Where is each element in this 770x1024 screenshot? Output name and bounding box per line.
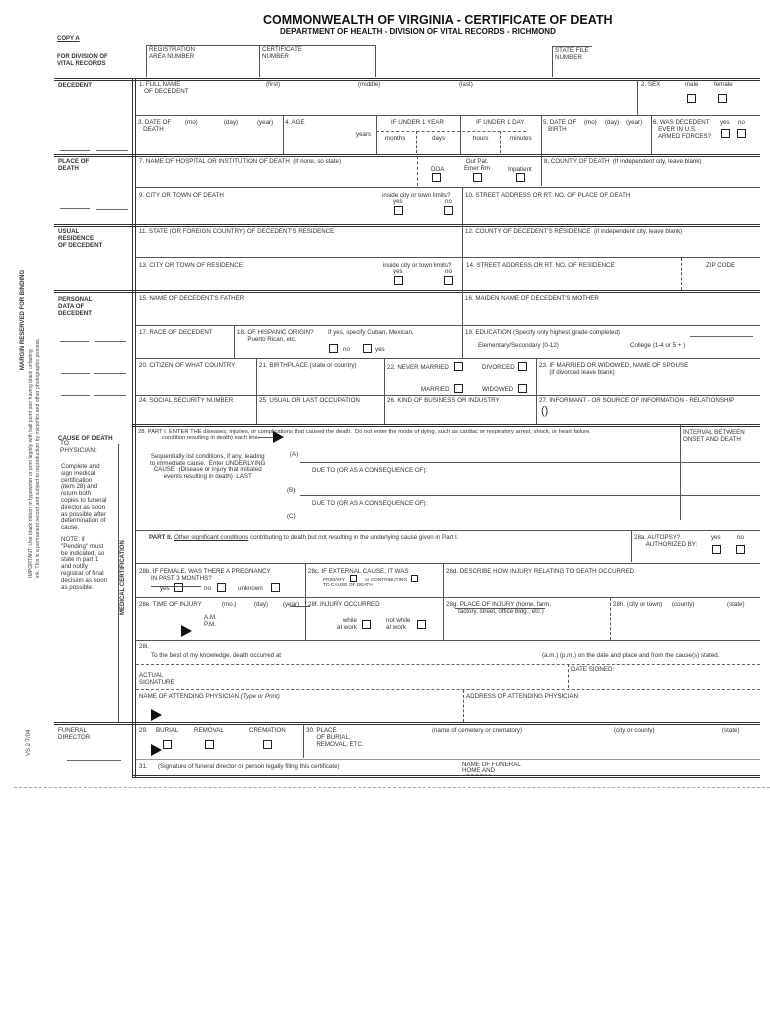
dob-year-hint: (year): [626, 119, 642, 126]
place-of-burial-input[interactable]: [370, 735, 760, 757]
mother-name-label: 16. MAIDEN NAME OF DECEDENT'S MOTHER: [465, 295, 599, 302]
education-label: 19. EDUCATION (Specify only highest grad…: [465, 329, 620, 336]
days-label: days: [432, 135, 445, 142]
physician-name-label: NAME OF ATTENDING PHYSICIAN: [139, 693, 239, 700]
residence-inside-yes-checkbox[interactable]: [394, 276, 403, 285]
armed-forces-label: 6. WAS DECEDENT EVER IN U.S. ARMED FORCE…: [653, 119, 711, 140]
contributing-checkbox[interactable]: [411, 575, 418, 582]
section-usual-residence: USUAL RESIDENCE OF DECEDENT: [58, 228, 102, 249]
due-to-b-label: DUE TO (OR AS A CONSEQUENCE OF):: [312, 500, 427, 507]
form-version: VS 2 7/04: [26, 730, 32, 756]
dob-day-hint: (day): [605, 119, 619, 126]
dod-month-hint: (mo): [185, 119, 198, 126]
armed-forces-yes-checkbox[interactable]: [721, 129, 730, 138]
first-name-hint: (first): [266, 81, 280, 88]
pregnancy-label: 28b. IF FEMALE, WAS THERE A PREGNANCY IN…: [139, 568, 271, 582]
residence-street-label: 14. STREET ADDRESS OR RT. NO. OF RESIDEN…: [466, 262, 615, 269]
age-label: 4. AGE: [285, 119, 305, 126]
hispanic-no-label: no: [343, 346, 350, 353]
funeral-signature-input[interactable]: [137, 762, 457, 774]
education-college-label: College (1-4 or 5 + ): [630, 342, 685, 349]
inpatient-label: Inpatient: [508, 166, 532, 173]
burial-checkbox[interactable]: [163, 740, 172, 749]
part2-rest: contributing to death but not resulting …: [248, 534, 458, 541]
dod-day-hint: (day): [224, 119, 238, 126]
hospital-label: 7. NAME OF HOSPITAL OR INSTITUTION OF DE…: [139, 158, 341, 165]
armed-forces-yes-label: yes: [720, 119, 730, 126]
while-at-work-checkbox[interactable]: [362, 620, 371, 629]
sex-male-label: male: [685, 81, 698, 88]
cause-c-input[interactable]: [300, 508, 678, 520]
date-signed-label: DATE SIGNED:: [571, 666, 614, 673]
copy-label: COPY A: [57, 36, 80, 43]
mother-name-input[interactable]: [464, 303, 760, 324]
business-label: 26. KIND OF BUSINESS OR INDUSTRY: [387, 397, 500, 404]
pregnancy-unknown-checkbox[interactable]: [271, 583, 280, 592]
injury-city-label: 28h. (city or town): [613, 601, 662, 608]
part1-instructions-line2: condition resulting in death) each line.: [162, 435, 259, 442]
for-division-label: FOR DIVISION OF VITAL RECORDS: [57, 54, 108, 68]
injury-description-input[interactable]: [445, 576, 760, 596]
due-to-a-label: DUE TO (OR AS A CONSEQUENCE OF):: [312, 467, 427, 474]
part2-underlined: Other significant conditions: [174, 534, 248, 541]
arrow-pointer-icon: [151, 744, 162, 756]
funeral-home-label: NAME OF FUNERAL HOME AND ADDRESS: [462, 762, 521, 776]
section-place-of-death: PLACE OF DEATH: [58, 158, 89, 172]
residence-county-label: 12. COUNTY OF DECEDENT'S RESIDENCE (if i…: [465, 228, 682, 235]
not-while-at-work-label: not while at work: [386, 617, 410, 631]
autopsy-no-label: no: [737, 534, 744, 541]
informant-input[interactable]: [555, 405, 760, 423]
medical-certification-label: MEDICAL CERTIFICATION: [120, 540, 126, 615]
residence-city-label: 13. CITY OR TOWN OF RESIDENCE: [139, 262, 243, 269]
out-patient-label: Out Pat. Emer Rm: [464, 158, 490, 172]
city-of-death-label: 9. CITY OR TOWN OF DEATH: [139, 192, 224, 199]
external-cause-label: 28c. IF EXTERNAL CAUSE, IT WAS: [308, 568, 409, 575]
form-subtitle: DEPARTMENT OF HEALTH - DIVISION OF VITAL…: [280, 27, 556, 36]
pregnancy-no-checkbox[interactable]: [217, 583, 226, 592]
date-signed-input[interactable]: [570, 674, 760, 688]
death-inside-no-label: no: [445, 198, 452, 205]
married-label: MARRIED: [421, 386, 450, 393]
margin-reserved-text: MARGIN RESERVED FOR BINDING: [20, 220, 26, 420]
divorced-checkbox[interactable]: [518, 362, 527, 371]
cemetery-hint: (name of cemetery or crematory): [432, 727, 522, 734]
occupation-input[interactable]: [258, 405, 383, 423]
occupation-label: 25. USUAL OR LAST OCCUPATION: [259, 397, 360, 404]
removal-label: REMOVAL: [194, 727, 224, 734]
ssn-input[interactable]: [137, 405, 255, 423]
race-label: 17. RACE OF DECEDENT: [139, 329, 213, 336]
pregnancy-unknown-label: unknown: [238, 585, 263, 592]
arrow-pointer-icon: [273, 431, 284, 443]
cremation-checkbox[interactable]: [263, 740, 272, 749]
hispanic-yes-label: yes: [375, 346, 385, 353]
divorced-label: DIVORCED: [482, 364, 515, 371]
sex-label: 2. SEX: [641, 81, 660, 88]
under-1-day-label: IF UNDER 1 DAY: [476, 119, 524, 126]
spouse-name-label: 23. IF MARRIED OR WIDOWED, NAME OF SPOUS…: [539, 362, 688, 376]
widowed-label: WIDOWED: [482, 386, 513, 393]
last-name-hint: (last): [459, 81, 473, 88]
hispanic-no-checkbox[interactable]: [329, 344, 338, 353]
injury-description-label: 28d. DESCRIBE HOW INJURY RELATING TO DEA…: [446, 568, 634, 575]
field-29-label: 29.: [139, 727, 148, 734]
to-cause-label: TO CAUSE OF DEATH: [323, 582, 373, 589]
death-inside-yes-checkbox[interactable]: [394, 206, 403, 215]
county-of-death-label: 8. COUNTY OF DEATH (If independent city,…: [544, 158, 702, 165]
injury-county-label: (county): [672, 601, 694, 608]
cause-a-label: (A): [290, 451, 298, 458]
section-decedent: DECEDENT: [58, 82, 92, 89]
doa-label: DOA: [431, 166, 444, 173]
armed-forces-no-checkbox[interactable]: [737, 129, 746, 138]
injury-state-label: (state): [727, 601, 745, 608]
death-inside-no-checkbox[interactable]: [444, 206, 453, 215]
informant-label: 27. INFORMANT - OR SOURCE OF INFORMATION…: [539, 397, 734, 404]
doa-checkbox[interactable]: [432, 173, 441, 182]
time-of-injury-label: 28e. TIME OF INJURY: [139, 601, 202, 608]
cause-a-input[interactable]: [300, 444, 678, 462]
sex-female-label: female: [714, 81, 733, 88]
dob-month-hint: (mo): [584, 119, 597, 126]
married-checkbox[interactable]: [454, 384, 463, 393]
to-physician-label: TO PHYSICIAN:: [60, 440, 97, 454]
interval-label: INTERVAL BETWEEN ONSET AND DEATH: [683, 429, 745, 443]
sequential-instructions: Sequentially list conditions, if any, le…: [150, 454, 265, 480]
hours-label: hours: [473, 135, 488, 142]
cause-c-label: (C): [287, 513, 296, 520]
section-personal-data: PERSONAL DATA OF DECEDENT: [58, 296, 92, 317]
death-street-label: 10. STREET ADDRESS OR RT. NO. OF PLACE O…: [465, 192, 630, 199]
place-of-injury-input[interactable]: [445, 615, 608, 638]
important-note-line1: IMPORTANT: Use black ribbon in typewrite…: [28, 349, 34, 578]
time-of-death-input[interactable]: [290, 648, 540, 660]
armed-forces-no-label: no: [738, 119, 745, 126]
inpatient-checkbox[interactable]: [516, 173, 525, 182]
actual-signature-label: ACTUAL SIGNATURE: [139, 672, 175, 686]
removal-checkbox[interactable]: [205, 740, 214, 749]
form-title: COMMONWEALTH OF VIRGINIA - CERTIFICATE O…: [263, 13, 613, 27]
section-funeral-director: FUNERAL DIRECTOR: [58, 727, 90, 741]
certificate-number-label: CERTIFICATE NUMBER: [262, 46, 302, 60]
am-pm-stated-text: (a.m.) (p.m.) on the date and place and …: [542, 652, 719, 659]
birthplace-input[interactable]: [258, 370, 383, 394]
race-input[interactable]: [137, 337, 233, 357]
date-of-death-input[interactable]: [137, 128, 282, 153]
hispanic-yes-checkbox[interactable]: [363, 344, 372, 353]
important-note-line2: ink. This is a permanent record and subj…: [35, 338, 41, 578]
death-inside-yes-label: yes: [393, 198, 403, 205]
sex-female-checkbox[interactable]: [718, 94, 727, 103]
cause-b-input[interactable]: [300, 476, 678, 494]
pending-note: NOTE: if "Pending" must be indicated, so…: [61, 537, 107, 591]
burial-label: BURIAL: [156, 727, 178, 734]
physician-address-label: ADDRESS OF ATTENDING PHYSICIAN: [466, 693, 578, 700]
months-label: months: [385, 135, 405, 142]
dod-year-hint: (year): [257, 119, 273, 126]
spouse-name-input[interactable]: [538, 376, 760, 394]
hispanic-specify-label: If yes, specify Cuban, Mexican,: [328, 329, 414, 336]
never-married-checkbox[interactable]: [454, 362, 463, 371]
hospital-input[interactable]: [137, 166, 412, 186]
city-of-death-input[interactable]: [137, 200, 377, 223]
place-of-burial-label: 30. PLACE OF BURIAL, REMOVAL, ETC.: [306, 727, 364, 748]
county-of-death-input[interactable]: [543, 166, 760, 186]
date-of-birth-input[interactable]: [542, 128, 650, 153]
sex-male-checkbox[interactable]: [687, 94, 696, 103]
burial-city-county-hint: (city or county): [614, 727, 655, 734]
birthplace-label: 21. BIRTHPLACE (state or country): [259, 362, 357, 369]
cause-b-label: (B): [287, 487, 295, 494]
informant-parens: (): [541, 405, 548, 418]
father-name-label: 15. NAME OF DECEDENT'S FATHER: [139, 295, 244, 302]
burial-state-hint: (state): [722, 727, 740, 734]
injury-day-hint: (day): [254, 601, 268, 608]
autopsy-no-checkbox[interactable]: [736, 545, 745, 554]
never-married-label: 22. NEVER MARRIED: [387, 364, 449, 371]
arrow-pointer-icon: [151, 709, 162, 721]
state-file-box[interactable]: [552, 46, 553, 77]
type-or-print-hint: (Type or Print): [241, 693, 280, 700]
residence-inside-no-label: no: [445, 268, 452, 275]
residence-inside-yes-label: yes: [393, 268, 403, 275]
age-years-input[interactable]: [284, 127, 374, 153]
hispanic-origin-label: 18. OF HISPANIC ORIGIN? Puerto Rican, et…: [237, 329, 314, 343]
best-knowledge-text: To the best of my knowledge, death occur…: [151, 652, 281, 659]
primary-checkbox[interactable]: [350, 575, 357, 582]
part2-label: PART II.: [149, 534, 172, 541]
residence-inside-no-checkbox[interactable]: [444, 276, 453, 285]
father-name-input[interactable]: [137, 303, 460, 324]
death-street-input[interactable]: [464, 200, 760, 223]
out-patient-checkbox[interactable]: [473, 173, 482, 182]
signature-input[interactable]: [180, 666, 565, 688]
autopsy-yes-checkbox[interactable]: [712, 545, 721, 554]
autopsy-yes-label: yes: [711, 534, 721, 541]
part2-input[interactable]: [137, 542, 657, 561]
residence-city-input[interactable]: [137, 270, 377, 289]
physician-instructions: Complete and sign medical certification …: [61, 464, 106, 532]
residence-street-input[interactable]: [464, 270, 679, 289]
citizenship-input[interactable]: [137, 370, 255, 394]
while-at-work-label: while at work: [337, 617, 357, 631]
registration-area-label: REGISTRATION AREA NUMBER: [149, 46, 195, 60]
time-of-injury-input[interactable]: [137, 608, 303, 638]
pregnancy-no-label: no: [204, 585, 211, 592]
business-input[interactable]: [386, 405, 535, 423]
injury-month-hint: (mo.): [222, 601, 236, 608]
citizenship-label: 20. CITIZEN OF WHAT COUNTRY: [139, 362, 235, 369]
cremation-label: CREMATION: [249, 727, 286, 734]
main-frame-divider: [132, 78, 136, 778]
injury-location-input[interactable]: [612, 609, 760, 638]
full-name-input[interactable]: [137, 89, 637, 114]
residence-state-input[interactable]: [137, 236, 460, 256]
physician-name-input[interactable]: [165, 701, 460, 720]
state-file-label: STATE FILE NUMBER: [555, 47, 589, 61]
ssn-label: 24. SOCIAL SECURITY NUMBER: [139, 397, 233, 404]
not-while-at-work-checkbox[interactable]: [417, 620, 426, 629]
zip-code-input[interactable]: [683, 270, 760, 289]
education-elementary-label: Elementary/Secondary (0-12): [478, 342, 559, 349]
minutes-label: minutes: [510, 135, 532, 142]
injury-occurred-label: 28f. INJURY OCCURRED: [308, 601, 380, 608]
residence-county-input[interactable]: [464, 236, 760, 256]
autopsy-label: 28a. AUTOPSY? AUTHORIZED BY:: [634, 534, 697, 548]
interval-input[interactable]: [683, 444, 758, 519]
physician-address-input[interactable]: [465, 701, 760, 720]
pregnancy-yes-checkbox[interactable]: [174, 583, 183, 592]
widowed-checkbox[interactable]: [518, 384, 527, 393]
field-28i-label: 28i.: [139, 643, 149, 650]
middle-name-hint: (middle): [358, 81, 380, 88]
residence-state-label: 11. STATE (OR FOREIGN COUNTRY) OF DECEDE…: [139, 228, 334, 235]
under-1-year-label: IF UNDER 1 YEAR: [391, 119, 444, 126]
zip-code-label: ZIP CODE: [706, 262, 735, 269]
